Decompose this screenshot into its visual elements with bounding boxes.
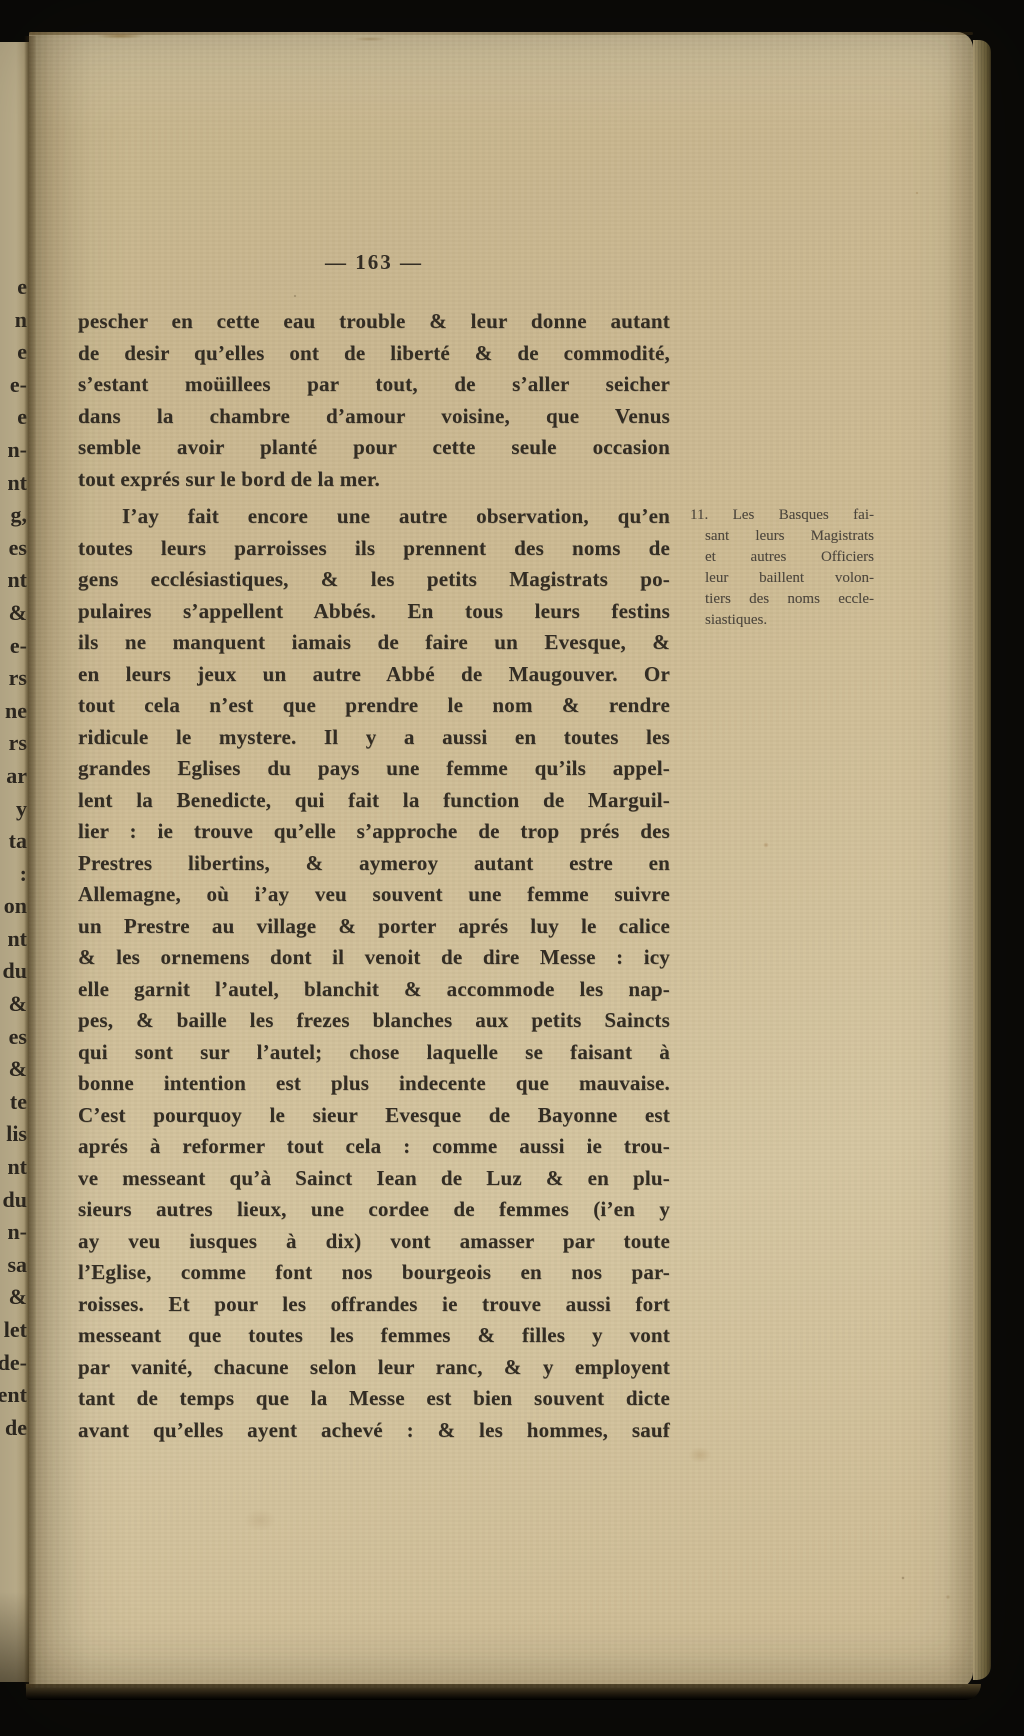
text-line: & les ornemens dont il venoit de dire Me… <box>78 942 670 974</box>
facing-page-line-fragment: du <box>0 1184 27 1217</box>
text-line: grandes Eglises du pays une femme qu’ils… <box>78 753 670 785</box>
text-line: toutes leurs parroisses ils prennent des… <box>78 533 670 565</box>
facing-page-line-fragment: e <box>0 271 27 304</box>
facing-page-line-fragment: n <box>0 304 27 337</box>
text-line: pulaires s’appellent Abbés. En tous leur… <box>78 596 670 628</box>
text-line: semble avoir planté pour cette seule occ… <box>78 432 670 464</box>
facing-page-line-fragment: nt <box>0 564 27 597</box>
facing-page-line-fragment: de <box>0 1412 27 1445</box>
page-fore-edge <box>973 40 991 1680</box>
scanned-book-photo: enee-en-ntg,esnt&e-rsnersaryta:onntdu&es… <box>0 0 1024 1736</box>
facing-page-line-fragment: de- <box>0 1347 27 1380</box>
margin-note-line: tiers des noms eccle- <box>690 589 874 610</box>
facing-page-line-fragment: es <box>0 532 27 565</box>
text-line: Allemagne, où i’ay veu souvent une femme… <box>78 879 670 911</box>
facing-page-line-fragment: sa <box>0 1249 27 1282</box>
facing-page-line-fragment: & <box>0 597 27 630</box>
paragraph-2: I’ay fait encore une autre observation, … <box>78 501 670 1446</box>
margin-note: 11. Les Basques fai-sant leurs Magistrat… <box>690 505 874 631</box>
text-line: gens ecclésiastiques, & les petits Magis… <box>78 564 670 596</box>
text-line: messeant que toutes les femmes & filles … <box>78 1320 670 1352</box>
facing-page-line-fragment: y <box>0 793 27 826</box>
facing-page-line-fragment: es <box>0 1021 27 1054</box>
facing-page-line-fragment: e <box>0 401 27 434</box>
text-line: tout cela n’est que prendre le nom & ren… <box>78 690 670 722</box>
facing-page-line-fragment: & <box>0 988 27 1021</box>
facing-page-line-fragment: lis <box>0 1118 27 1151</box>
facing-page-line-fragment: on <box>0 890 27 923</box>
text-line: aprés à reformer tout cela : comme aussi… <box>78 1131 670 1163</box>
text-line: tout exprés sur le bord de la mer. <box>78 464 670 496</box>
text-line: s’estant moüillees par tout, de s’aller … <box>78 369 670 401</box>
facing-page-line-fragment: let <box>0 1314 27 1347</box>
facing-page-line-fragment: rs <box>0 662 27 695</box>
text-line: par vanité, chacune selon leur ranc, & y… <box>78 1352 670 1384</box>
text-line: dans la chambre d’amour voisine, que Ven… <box>78 401 670 433</box>
text-line: lier : ie trouve qu’elle s’approche de t… <box>78 816 670 848</box>
facing-page-line-fragment: ar <box>0 760 27 793</box>
facing-page-line-fragment: ta <box>0 825 27 858</box>
margin-note-line: leur baillent volon- <box>690 568 874 589</box>
text-line: lent la Benedicte, qui fait la function … <box>78 785 670 817</box>
text-line: bonne intention est plus indecente que m… <box>78 1068 670 1100</box>
margin-note-line: 11. Les Basques fai- <box>690 505 874 526</box>
facing-page-line-fragment: g, <box>0 499 27 532</box>
facing-page-line-fragment: nt <box>0 923 27 956</box>
text-line: qui sont sur l’autel; chose laquelle se … <box>78 1037 670 1069</box>
facing-page-line-fragment: ne <box>0 695 27 728</box>
facing-page-line-fragment: & <box>0 1053 27 1086</box>
text-line: avant qu’elles ayent achevé : & les homm… <box>78 1415 670 1447</box>
facing-page-line-fragment: nt <box>0 1151 27 1184</box>
facing-page-line-fragment: n- <box>0 434 27 467</box>
text-line: de desir qu’elles ont de liberté & de co… <box>78 338 670 370</box>
facing-page-line-fragment: e- <box>0 369 27 402</box>
text-line: elle garnit l’autel, blanchit & accommod… <box>78 974 670 1006</box>
text-line: ve messeant qu’à Sainct Iean de Luz & en… <box>78 1163 670 1195</box>
book-page: — 163 — pescher en cette eau trouble & l… <box>29 32 973 1688</box>
text-line: tant de temps que la Messe est bien souv… <box>78 1383 670 1415</box>
text-line: en leurs jeux un autre Abbé de Maugouver… <box>78 659 670 691</box>
margin-note-line: sant leurs Magistrats <box>690 526 874 547</box>
text-line: C’est pourquoy le sieur Evesque de Bayon… <box>78 1100 670 1132</box>
facing-page-line-fragment: : <box>0 858 27 891</box>
text-line: sieurs autres lieux, une cordee de femme… <box>78 1194 670 1226</box>
facing-page-line-fragment: n- <box>0 1216 27 1249</box>
facing-page-line-fragment: e <box>0 336 27 369</box>
facing-page-line-fragment: du <box>0 955 27 988</box>
facing-page-line-fragment: e- <box>0 630 27 663</box>
text-line: ils ne manquent iamais de faire un Evesq… <box>78 627 670 659</box>
text-line: un Prestre au village & porter aprés luy… <box>78 911 670 943</box>
paragraph-1: pescher en cette eau trouble & leur donn… <box>78 306 670 495</box>
text-line: Prestres libertins, & aymeroy autant est… <box>78 848 670 880</box>
facing-page-line-fragment: te <box>0 1086 27 1119</box>
gutter-shadow <box>24 36 36 1688</box>
text-line: ay veu iusques à dix) vont amasser par t… <box>78 1226 670 1258</box>
text-line: pescher en cette eau trouble & leur donn… <box>78 306 670 338</box>
margin-note-line: siastiques. <box>690 610 874 631</box>
book: enee-en-ntg,esnt&e-rsnersaryta:onntdu&es… <box>0 32 991 1688</box>
facing-page-line-fragment: nt <box>0 467 27 500</box>
facing-page-line-fragment: & <box>0 1281 27 1314</box>
facing-page-line-fragment: ent <box>0 1379 27 1412</box>
facing-page-line-fragment: rs <box>0 727 27 760</box>
facing-page-line-fragments: enee-en-ntg,esnt&e-rsnersaryta:onntdu&es… <box>0 271 27 1444</box>
margin-note-line: et autres Officiers <box>690 547 874 568</box>
text-line: roisses. Et pour les offrandes ie trouve… <box>78 1289 670 1321</box>
page-number: — 163 — <box>78 250 670 275</box>
text-line: l’Eglise, comme font nos bourgeois en no… <box>78 1257 670 1289</box>
text-line: pes, & baille les frezes blanches aux pe… <box>78 1005 670 1037</box>
text-line: ridicule le mystere. Il y a aussi en tou… <box>78 722 670 754</box>
text-line: I’ay fait encore une autre observation, … <box>78 501 670 533</box>
